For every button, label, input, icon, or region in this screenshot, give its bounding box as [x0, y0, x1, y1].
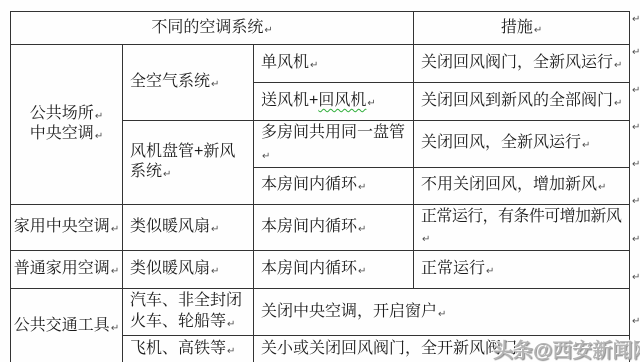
cell-system-fan-coil: 风机盘管+新风系统↵: [123, 121, 254, 205]
cell-measure-r2: 关闭回风到新风的全部阀门↵: [414, 83, 630, 121]
paragraph-mark: ↵: [264, 25, 272, 36]
cell-system-heater-fan-1: 类似暖风扇↵: [123, 204, 254, 251]
cell-system-all-air: 全空气系统↵: [123, 45, 254, 121]
mode-return-fan-label-grammar-underline: 回风机: [318, 92, 366, 109]
measure-r2-label: 关闭回风到新风的全部阀门: [421, 92, 613, 109]
paragraph-mark: ↵: [614, 60, 622, 71]
paragraph-mark: ↵: [163, 169, 171, 180]
paragraph-mark: ↵: [358, 266, 366, 277]
paragraph-mark: ↵: [95, 131, 103, 142]
paragraph-mark: ↵: [211, 224, 219, 235]
cell-system-heater-fan-2: 类似暖风扇↵: [123, 251, 254, 289]
row-end-paragraph-mark: ↵: [632, 159, 640, 170]
paragraph-mark: ↵: [211, 266, 219, 277]
cell-mode-supply-return-fan: 送风机+回风机↵: [254, 83, 414, 121]
row-end-paragraph-mark: ↵: [632, 316, 640, 327]
row-end-paragraph-mark: ↵: [632, 14, 640, 25]
paragraph-mark: ↵: [227, 319, 235, 330]
cell-group-public-transport: 公共交通工具↵: [11, 289, 123, 362]
mode-room-loop-label: 本房间内循环: [261, 176, 357, 193]
table-image-canvas: 不同的空调系统↵ 措施↵ 公共场所↵ 中央空调↵ 全空气系统↵ 单风机↵ 关闭回…: [0, 0, 640, 362]
mode-room-loop-label: 本房间内循环: [261, 218, 357, 235]
ac-systems-table: 不同的空调系统↵ 措施↵ 公共场所↵ 中央空调↵ 全空气系统↵ 单风机↵ 关闭回…: [10, 11, 630, 362]
measure-r5-label: 正常运行，有条件可增加新风: [421, 208, 621, 225]
cell-measure-r5: 正常运行，有条件可增加新风↵: [414, 204, 630, 251]
table-row: 家用中央空调↵ 类似暖风扇↵ 本房间内循环↵ 正常运行，有条件可增加新风↵: [11, 204, 630, 251]
measure-r1-label: 关闭回风阀门，全新风运行: [421, 54, 613, 71]
cell-group-public-places: 公共场所↵ 中央空调↵: [11, 45, 123, 205]
paragraph-mark: ↵: [111, 224, 119, 235]
measure-r7-label: 关闭中央空调，开启窗户: [261, 303, 437, 320]
cell-system-aircraft: 飞机、高铁等↵: [123, 335, 254, 362]
group-home-central-label: 家用中央空调: [14, 218, 110, 235]
cell-group-ordinary-home: 普通家用空调↵: [11, 251, 123, 289]
cell-mode-room-loop-3: 本房间内循环↵: [254, 251, 414, 289]
cell-group-home-central: 家用中央空调↵: [11, 204, 123, 251]
cell-mode-multi-room: 多房间共用同一盘管↵: [254, 121, 414, 168]
table-row: 公共交通工具↵ 汽车、非全封闭火车、轮船等↵ 关闭中央空调，开启窗户↵: [11, 289, 630, 336]
measure-r4-label: 不用关闭回风，增加新风: [421, 176, 597, 193]
paragraph-mark: ↵: [367, 98, 375, 109]
group-ordinary-home-label: 普通家用空调: [14, 260, 110, 277]
measure-r6-label: 正常运行: [421, 260, 485, 277]
system-heater-fan-label: 类似暖风扇: [130, 260, 210, 277]
cell-measure-r7: 关闭中央空调，开启窗户↵: [254, 289, 630, 336]
paragraph-mark: ↵: [614, 98, 622, 109]
mode-room-loop-label: 本房间内循环: [261, 260, 357, 277]
group-public-places-line2: 中央空调: [30, 125, 94, 142]
row-end-paragraph-mark: ↵: [632, 196, 640, 207]
header-systems-label: 不同的空调系统: [151, 19, 263, 36]
measure-r8-label: 关小或关闭回风阀门，全开新风阀门: [261, 340, 517, 357]
mode-supply-fan-label: 送风机+: [261, 92, 318, 109]
row-end-paragraph-mark: ↵: [632, 85, 640, 96]
group-public-transport-label: 公共交通工具: [14, 317, 110, 334]
header-cell-systems: 不同的空调系统↵: [11, 12, 414, 45]
paragraph-mark: ↵: [534, 25, 542, 36]
paragraph-mark: ↵: [486, 266, 494, 277]
mode-multi-room-label: 多房间共用同一盘管: [261, 124, 405, 141]
row-end-paragraph-mark: ↵: [632, 272, 640, 283]
row-end-paragraph-mark: ↵: [632, 234, 640, 245]
cell-mode-room-loop-1: 本房间内循环↵: [254, 167, 414, 204]
group-public-places-line1: 公共场所: [30, 105, 94, 122]
table-header-row: 不同的空调系统↵ 措施↵: [11, 12, 630, 45]
measure-r3-label: 关闭回风，全新风运行: [421, 134, 581, 151]
mode-single-fan-label: 单风机: [261, 54, 309, 71]
paragraph-mark: ↵: [95, 111, 103, 122]
cell-measure-r1: 关闭回风阀门，全新风运行↵: [414, 45, 630, 83]
system-vehicles-label: 汽车、非全封闭火车、轮船等: [130, 292, 242, 330]
paragraph-mark: ↵: [358, 224, 366, 235]
paragraph-mark: ↵: [111, 323, 119, 334]
header-cell-measures: 措施↵: [414, 12, 630, 45]
paragraph-mark: ↵: [422, 234, 430, 245]
paragraph-mark: ↵: [438, 309, 446, 320]
row-end-paragraph-mark: ↵: [632, 122, 640, 133]
cell-mode-room-loop-2: 本房间内循环↵: [254, 204, 414, 251]
cell-measure-r3: 关闭回风，全新风运行↵: [414, 121, 630, 168]
table-row: 公共场所↵ 中央空调↵ 全空气系统↵ 单风机↵ 关闭回风阀门，全新风运行↵: [11, 45, 630, 83]
header-measures-label: 措施: [501, 19, 533, 36]
paragraph-mark: ↵: [310, 60, 318, 71]
paragraph-mark: ↵: [358, 182, 366, 193]
system-aircraft-label: 飞机、高铁等: [130, 340, 226, 357]
system-all-air-label: 全空气系统: [130, 73, 210, 90]
row-end-paragraph-mark: ↵: [632, 47, 640, 58]
cell-measure-r4: 不用关闭回风，增加新风↵: [414, 167, 630, 204]
cell-system-vehicles: 汽车、非全封闭火车、轮船等↵: [123, 289, 254, 336]
paragraph-mark: ↵: [262, 151, 270, 162]
cell-measure-r6: 正常运行↵: [414, 251, 630, 289]
paragraph-mark: ↵: [598, 182, 606, 193]
cell-mode-single-fan: 单风机↵: [254, 45, 414, 83]
table-row: 普通家用空调↵ 类似暖风扇↵ 本房间内循环↵ 正常运行↵: [11, 251, 630, 289]
paragraph-mark: ↵: [211, 79, 219, 90]
paragraph-mark: ↵: [582, 140, 590, 151]
paragraph-mark: ↵: [111, 266, 119, 277]
paragraph-mark: ↵: [227, 346, 235, 357]
toutiao-watermark: 头条@西安新闻网: [493, 334, 640, 362]
system-fan-coil-label: 风机盘管+新风系统: [130, 143, 235, 181]
system-heater-fan-label: 类似暖风扇: [130, 218, 210, 235]
